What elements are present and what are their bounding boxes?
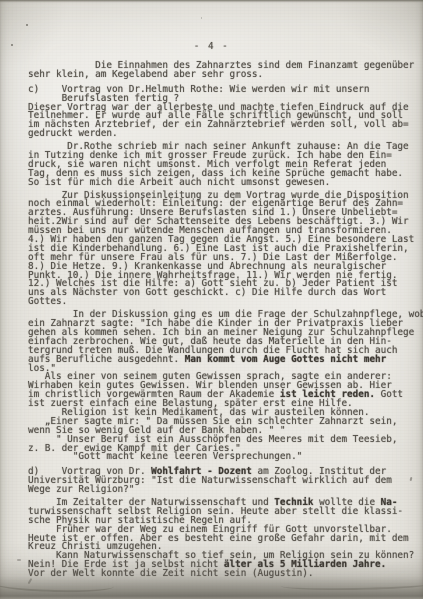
paragraph: In der Diskussion ging es um die Frage d… <box>28 311 423 373</box>
paragraph: Als einer von seinem guten Gewissen spra… <box>28 373 423 409</box>
paragraph: Im Zeitalter der Naturwissenschaft und T… <box>28 499 423 526</box>
text-line: Wege zur Religion?" <box>28 486 423 495</box>
text-line: sehr klein, am Kegelabend aber sehr gros… <box>28 71 423 80</box>
scan-speckle <box>26 24 28 26</box>
paragraph: c) Vortrag von Dr.Helmuth Rothe: Wie wer… <box>28 86 423 139</box>
scan-speckle <box>17 559 21 561</box>
text-line: "Gott macht keine leeren Versprechungen.… <box>28 453 423 462</box>
paragraph: Früher war der Weg zu einem Eingriff für… <box>28 526 423 553</box>
paragraph: Die Einnahmen des Zahnarztes sind dem Fi… <box>28 62 423 80</box>
scan-top-edge <box>0 0 423 2</box>
scanned-document-page: - 4 - Die Einnahmen des Zahnarztes sind … <box>0 0 423 599</box>
paragraph: Dr.Rothe schrieb mir nach seiner Ankunft… <box>28 143 423 187</box>
text-line: Gottes. <box>28 298 423 307</box>
paragraph: "Gott macht keine leeren Versprechungen.… <box>28 453 423 462</box>
scan-speckle <box>201 17 202 19</box>
text-line: gedruckt werden. <box>28 130 423 139</box>
text-line: Vor der Welt konnte die Zeit nicht sein … <box>28 570 423 579</box>
typewritten-text: Die Einnahmen des Zahnarztes sind dem Fi… <box>28 62 423 579</box>
paragraph: Zur Diskussionseinleitung zu dem Vortrag… <box>28 192 423 308</box>
text-line: So ist für mich die Arbeit auch nicht um… <box>28 179 423 188</box>
paragraph: d) Vortrag von Dr. Wohlfahrt - Dozent am… <box>28 468 423 495</box>
text-line: aufs Berufliche ausgedehnt. Man kommt vo… <box>28 356 423 365</box>
scan-bottom-crease-right <box>281 578 423 592</box>
paragraph: Kann Naturwissenschaft so tief sein, um … <box>28 552 423 579</box>
text-line: uns als Nächster von Gott geschickt. c) … <box>28 289 423 298</box>
page-number: - 4 - <box>0 41 423 52</box>
